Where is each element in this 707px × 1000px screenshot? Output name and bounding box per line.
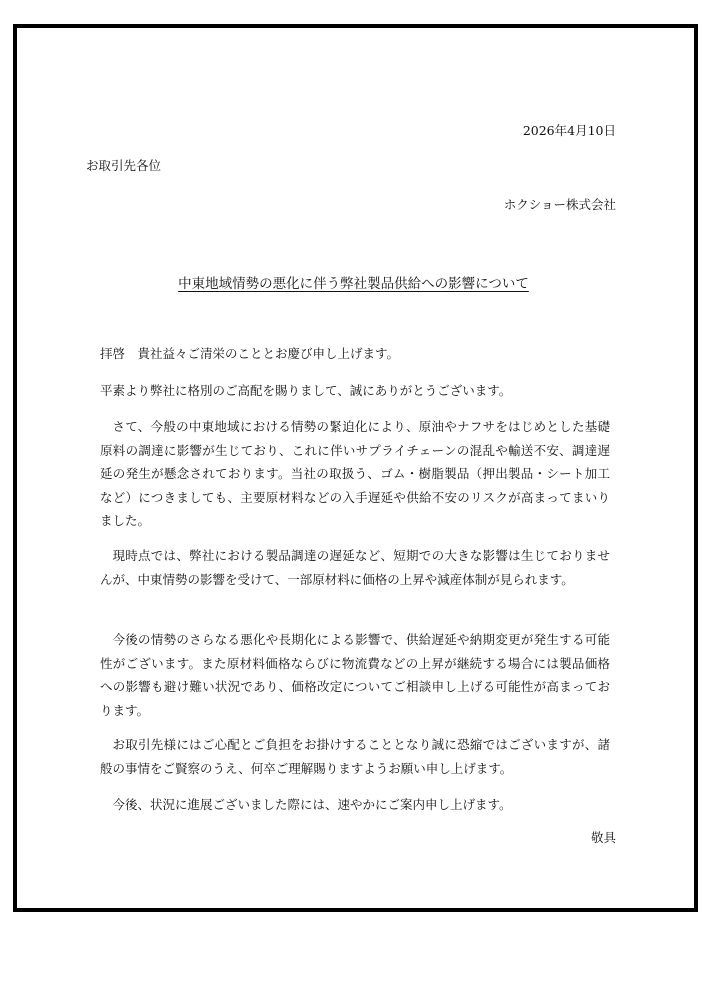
outlook-text: 今後の情勢のさらなる悪化や長期化による影響で、供給遅延や納期変更が発生する可能性… xyxy=(100,628,610,722)
appreciation-paragraph: 平素より弊社に格別のご高配を賜りまして、誠にありがとうございます。 xyxy=(100,379,610,403)
follow-up-paragraph: 今後、状況に進展ございました際には、速やかにご案内申し上げます。 xyxy=(100,793,610,817)
document-date: 2026年4月10日 xyxy=(523,121,616,139)
follow-up-text: 今後、状況に進展ございました際には、速やかにご案内申し上げます。 xyxy=(100,793,610,817)
appreciation-text: 平素より弊社に格別のご高配を賜りまして、誠にありがとうございます。 xyxy=(100,379,610,403)
outlook-paragraph: 今後の情勢のさらなる悪化や長期化による影響で、供給遅延や納期変更が発生する可能性… xyxy=(100,628,610,722)
recipient-line: お取引先各位 xyxy=(86,156,161,174)
situation-text: さて、今般の中東地域における情勢の緊迫化により、原油やナフサをはじめとした基礎原… xyxy=(100,415,610,533)
apology-text: お取引先様にはご心配とご負担をお掛けすることとなり誠に恐縮ではございますが、諸般… xyxy=(100,733,610,780)
greeting-text: 拝啓 貴社益々ご清栄のこととお慶び申し上げます。 xyxy=(100,342,610,366)
current-status-text: 現時点では、弊社における製品調達の遅延など、短期での大きな影響は生じておりません… xyxy=(100,544,610,591)
greeting-paragraph: 拝啓 貴社益々ご清栄のこととお慶び申し上げます。 xyxy=(100,342,610,366)
situation-paragraph: さて、今般の中東地域における情勢の緊迫化により、原油やナフサをはじめとした基礎原… xyxy=(100,415,610,533)
sender-company: ホクショー株式会社 xyxy=(504,195,616,213)
apology-paragraph: お取引先様にはご心配とご負担をお掛けすることとなり誠に恐縮ではございますが、諸般… xyxy=(100,733,610,780)
document-title: 中東地域情勢の悪化に伴う弊社製品供給への影響について xyxy=(178,276,529,292)
document-title-container: 中東地域情勢の悪化に伴う弊社製品供給への影響について xyxy=(0,272,707,292)
closing-salutation: 敬具 xyxy=(591,828,616,846)
current-status-paragraph: 現時点では、弊社における製品調達の遅延など、短期での大きな影響は生じておりません… xyxy=(100,544,610,591)
